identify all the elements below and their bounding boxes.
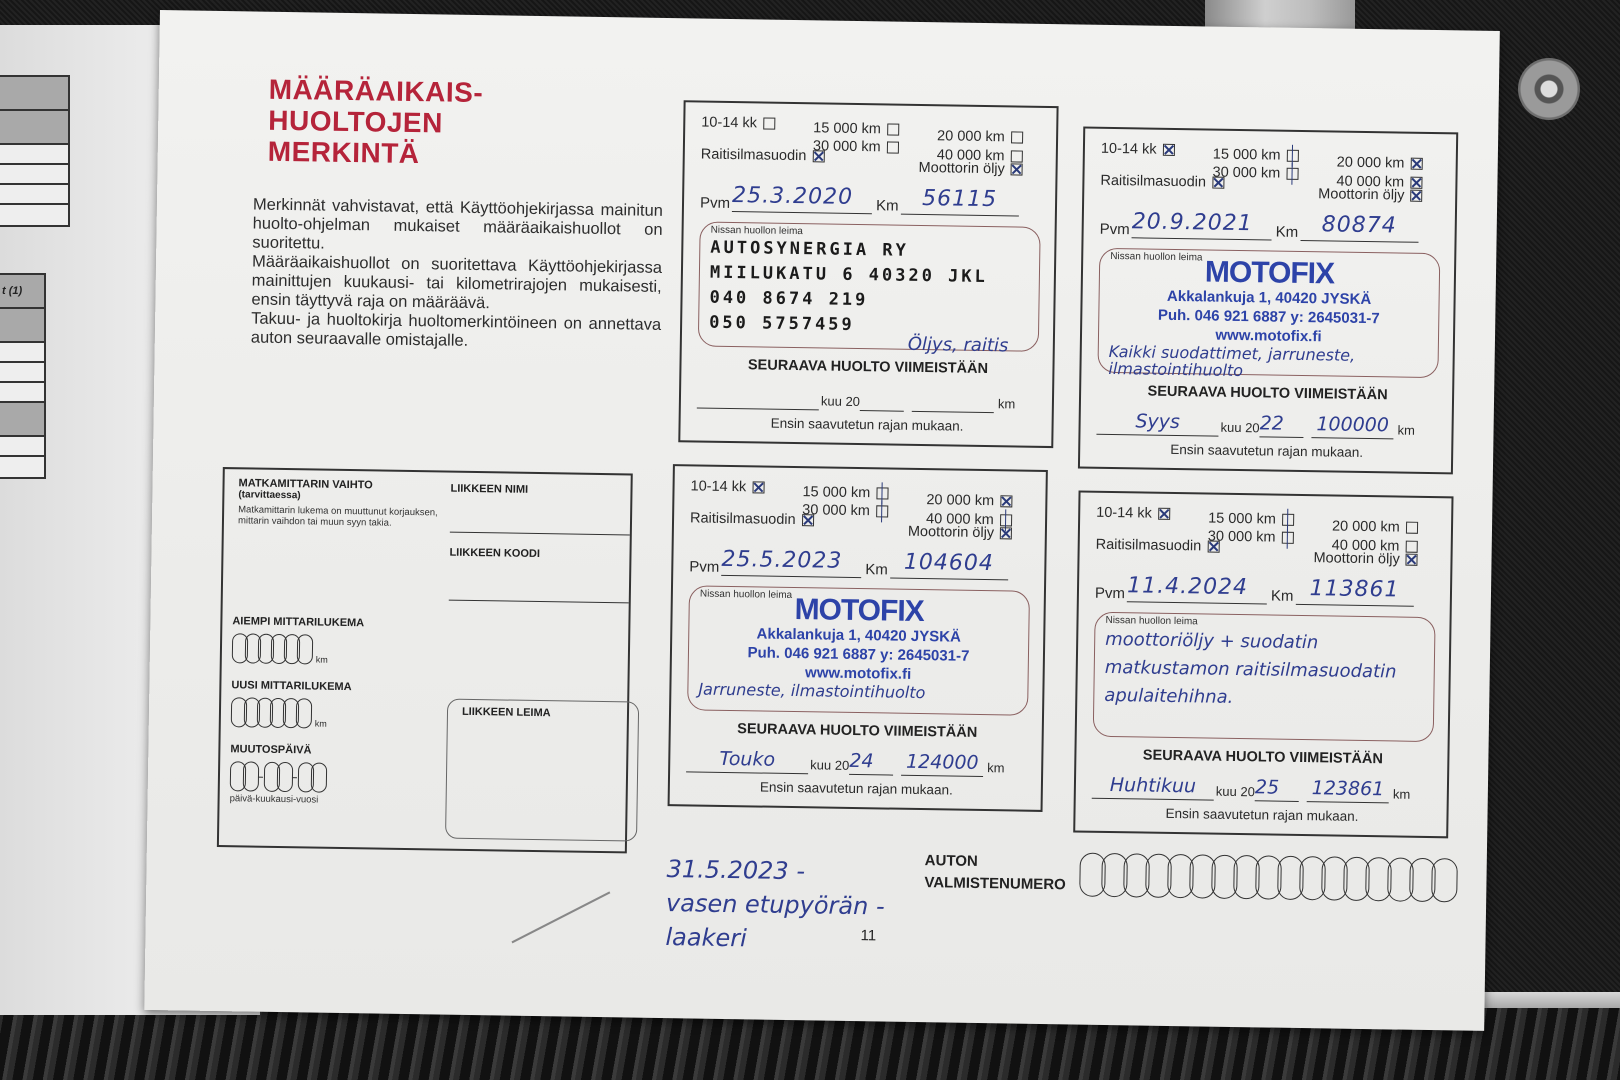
next-service-year[interactable]: 25	[1255, 775, 1299, 802]
previous-reading-label: AIEMPI MITTARILUKEMA	[232, 615, 364, 629]
checkbox-15000km[interactable]	[876, 487, 888, 499]
intro-paragraph: Määräaikaishuollot on suoritettava Käytt…	[251, 252, 662, 315]
service-record-card: 10-14 kk 15 000 km 20 000 km 30 000 km 4…	[1078, 127, 1458, 475]
checkbox-cabin-filter[interactable]	[1212, 177, 1224, 189]
date-label: Pvm	[700, 195, 730, 212]
date-label: Pvm	[689, 558, 719, 575]
checkbox-15000km[interactable]	[1286, 150, 1298, 162]
next-service-km[interactable]	[912, 386, 994, 413]
pencil-mark	[511, 891, 610, 942]
checkbox-engine-oil[interactable]	[1011, 163, 1023, 175]
checkbox-cabin-filter[interactable]	[812, 150, 824, 162]
service-date-field[interactable]: 25.3.2020	[732, 182, 872, 214]
odometer-change-description: Matkamittarin lukema on muuttunut korjau…	[238, 504, 438, 529]
change-date-field[interactable]	[230, 761, 362, 793]
service-record-card: 10-14 kk 15 000 km 20 000 km 30 000 km 4…	[668, 464, 1048, 812]
checkbox-months[interactable]	[1162, 144, 1174, 156]
shop-code-field[interactable]	[449, 559, 630, 604]
checkbox-15000km[interactable]	[887, 123, 899, 135]
km-label: Km	[1276, 224, 1299, 241]
service-km-field[interactable]: 113861	[1295, 575, 1413, 607]
new-reading-label: UUSI MITTARILUKEMA	[231, 679, 363, 693]
service-date-field[interactable]: 20.9.2021	[1132, 208, 1272, 240]
next-service-heading: SEURAAVA HUOLTO VIIMEISTÄÄN	[687, 720, 1028, 741]
first-reached-note: Ensin saavutetun rajan mukaan.	[696, 414, 1037, 434]
motofix-stamp: MOTOFIXAkkalankuja 1, 40420 JYSKÄPuh. 04…	[699, 594, 1019, 686]
service-stamp-area: Nissan huollon leima AUTOSYNERGIA RYMIIL…	[698, 222, 1041, 352]
intro-text: Merkinnät vahvistavat, että Käyttöohjeki…	[251, 195, 663, 353]
service-stamp-area: Nissan huollon leima MOTOFIXAkkalankuja …	[687, 585, 1030, 715]
first-reached-note: Ensin saavutetun rajan mukaan.	[1096, 441, 1437, 461]
checkbox-30000km[interactable]	[1286, 168, 1298, 180]
vin-field: AUTONVALMISTENUMERO	[924, 850, 1454, 902]
next-service-km[interactable]: 124000	[901, 750, 983, 777]
vin-label: AUTONVALMISTENUMERO	[924, 850, 1066, 896]
next-service-year[interactable]: 22	[1259, 411, 1303, 438]
checkbox-months[interactable]	[752, 481, 764, 493]
checkbox-cabin-filter[interactable]	[1207, 541, 1219, 553]
intro-paragraph: Takuu- ja huoltokirja huoltomerkintöinee…	[251, 309, 662, 353]
checkbox-engine-oil[interactable]	[1410, 190, 1422, 202]
date-label: Pvm	[1100, 221, 1130, 238]
previous-page-table	[0, 75, 70, 227]
service-km-field[interactable]: 80874	[1300, 211, 1418, 243]
checkbox-30000km[interactable]	[1281, 532, 1293, 544]
intro-paragraph: Merkinnät vahvistavat, että Käyttöohjeki…	[252, 195, 663, 258]
new-reading-field[interactable]: km	[231, 697, 363, 729]
first-reached-note: Ensin saavutetun rajan mukaan.	[686, 778, 1027, 798]
odometer-change-form: MATKAMITTARIN VAIHTO (tarvittaessa) Matk…	[217, 467, 633, 853]
next-service-km[interactable]: 100000	[1311, 412, 1393, 439]
checkbox-months[interactable]	[1158, 508, 1170, 520]
next-service-heading: SEURAAVA HUOLTO VIIMEISTÄÄN	[1092, 747, 1433, 768]
checkbox-months[interactable]	[763, 117, 775, 129]
date-label: Pvm	[1095, 585, 1125, 602]
km-label: Km	[876, 197, 899, 214]
checkbox-engine-oil[interactable]	[1406, 554, 1418, 566]
service-stamp-area: Nissan huollon leima moottoriöljy + suod…	[1093, 612, 1436, 742]
next-service-month[interactable]: Touko	[686, 746, 808, 774]
next-service-heading: SEURAAVA HUOLTO VIIMEISTÄÄN	[1097, 383, 1438, 404]
vin-slots[interactable]	[1080, 853, 1455, 903]
change-date-label: MUUTOSPÄIVÄ	[230, 743, 362, 757]
checkbox-30000km[interactable]	[876, 505, 888, 517]
previous-page-table-2: t (1)	[0, 273, 46, 479]
previous-page-label: t (1)	[0, 275, 44, 297]
next-service-month[interactable]: Syys	[1096, 409, 1218, 437]
page-number: 11	[860, 927, 876, 944]
shop-stamp-area[interactable]: LIIKKEEN LEIMA	[445, 699, 639, 842]
checkbox-15000km[interactable]	[1282, 514, 1294, 526]
handwritten-stamp-note: Öljys, raitis	[908, 336, 1018, 355]
page-title: MÄÄRÄAIKAIS-HUOLTOJENMERKINTÄ	[268, 74, 484, 170]
checkbox-engine-oil[interactable]	[1000, 527, 1012, 539]
shop-name-field[interactable]	[450, 495, 631, 536]
handwritten-note: 31.5.2023 - vasen etupyörän - laakeri	[665, 852, 885, 957]
shop-stamp-label: LIIKKEEN LEIMA	[462, 706, 624, 721]
km-label: Km	[865, 561, 888, 578]
handwritten-stamp-note: Kaikki suodattimet, jarruneste, ilmastoi…	[1108, 343, 1427, 382]
handwritten-stamp-note: Jarruneste, ilmastointihuolto	[698, 681, 1017, 703]
service-date-field[interactable]: 25.5.2023	[721, 546, 861, 578]
date-format-hint: päivä-kuukausi-vuosi	[230, 793, 362, 806]
service-km-field[interactable]: 56115	[900, 185, 1018, 217]
service-date-field[interactable]: 11.4.2024	[1127, 572, 1267, 604]
checkbox-30000km[interactable]	[887, 141, 899, 153]
odometer-change-subheading: (tarvittaessa)	[238, 489, 438, 503]
service-record-card: 10-14 kk 15 000 km 20 000 km 30 000 km 4…	[1073, 490, 1453, 838]
motofix-stamp: MOTOFIXAkkalankuja 1, 40420 JYSKÄPuh. 04…	[1109, 256, 1429, 348]
next-service-year[interactable]	[860, 385, 904, 412]
service-record-card: 10-14 kk 15 000 km 20 000 km 30 000 km 4…	[678, 100, 1058, 448]
grommet	[1518, 58, 1580, 120]
service-stamp-area: Nissan huollon leima MOTOFIXAkkalankuja …	[1097, 248, 1440, 378]
next-service-heading: SEURAAVA HUOLTO VIIMEISTÄÄN	[697, 356, 1038, 377]
next-service-km[interactable]: 123861	[1307, 776, 1389, 803]
service-km-field[interactable]: 104604	[890, 549, 1008, 581]
next-service-month[interactable]	[697, 382, 819, 410]
first-reached-note: Ensin saavutetun rajan mukaan.	[1091, 805, 1432, 825]
checkbox-cabin-filter[interactable]	[802, 514, 814, 526]
next-service-month[interactable]: Huhtikuu	[1092, 773, 1214, 801]
handwritten-stamp-note: apulaitehihna.	[1104, 682, 1423, 715]
service-book-page: MÄÄRÄAIKAIS-HUOLTOJENMERKINTÄ Merkinnät …	[144, 10, 1500, 1031]
previous-reading-field[interactable]: km	[232, 633, 364, 665]
next-service-year[interactable]: 24	[849, 749, 893, 776]
km-label: Km	[1271, 588, 1294, 605]
